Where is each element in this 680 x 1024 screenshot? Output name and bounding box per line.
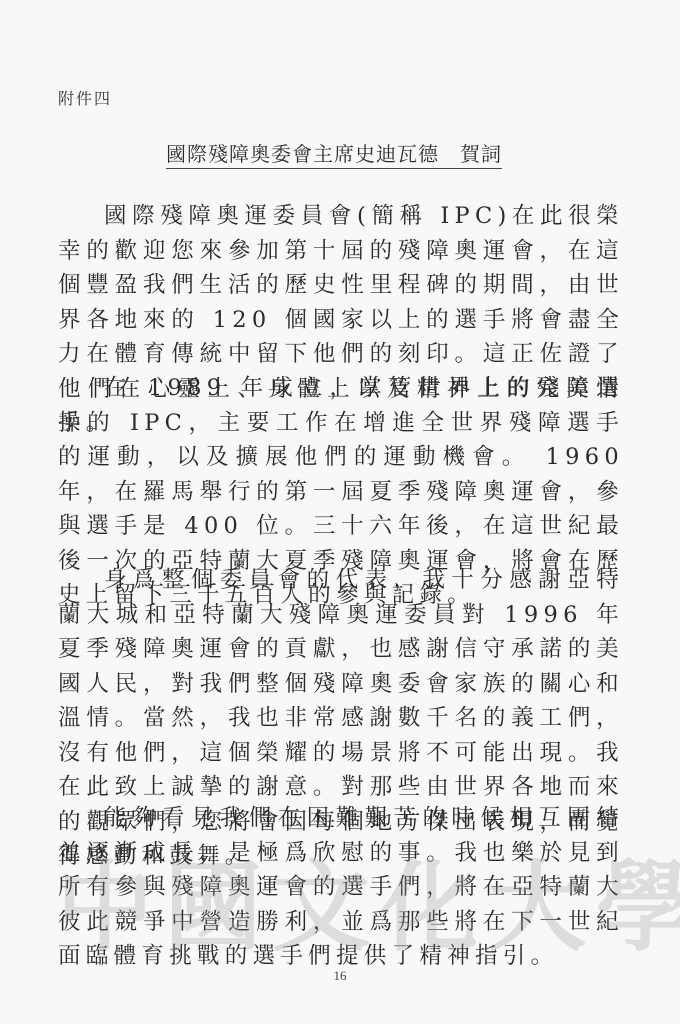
attachment-label: 附件四 bbox=[58, 86, 112, 109]
page-number: 16 bbox=[0, 968, 680, 984]
page-title: 國際殘障奧委會主席史迪瓦德 賀詞 bbox=[166, 138, 502, 169]
document-page: 附件四 國際殘障奧委會主席史迪瓦德 賀詞 國際殘障奧運委員會(簡稱 IPC)在此… bbox=[0, 0, 680, 1024]
paragraph-4-container: 能夠看見我們在困難艱苦的時候相互團結並逐漸成長，是極爲欣慰的事。我也樂於見到所有… bbox=[58, 801, 624, 974]
paragraph: 能夠看見我們在困難艱苦的時候相互團結並逐漸成長，是極爲欣慰的事。我也樂於見到所有… bbox=[58, 801, 624, 974]
